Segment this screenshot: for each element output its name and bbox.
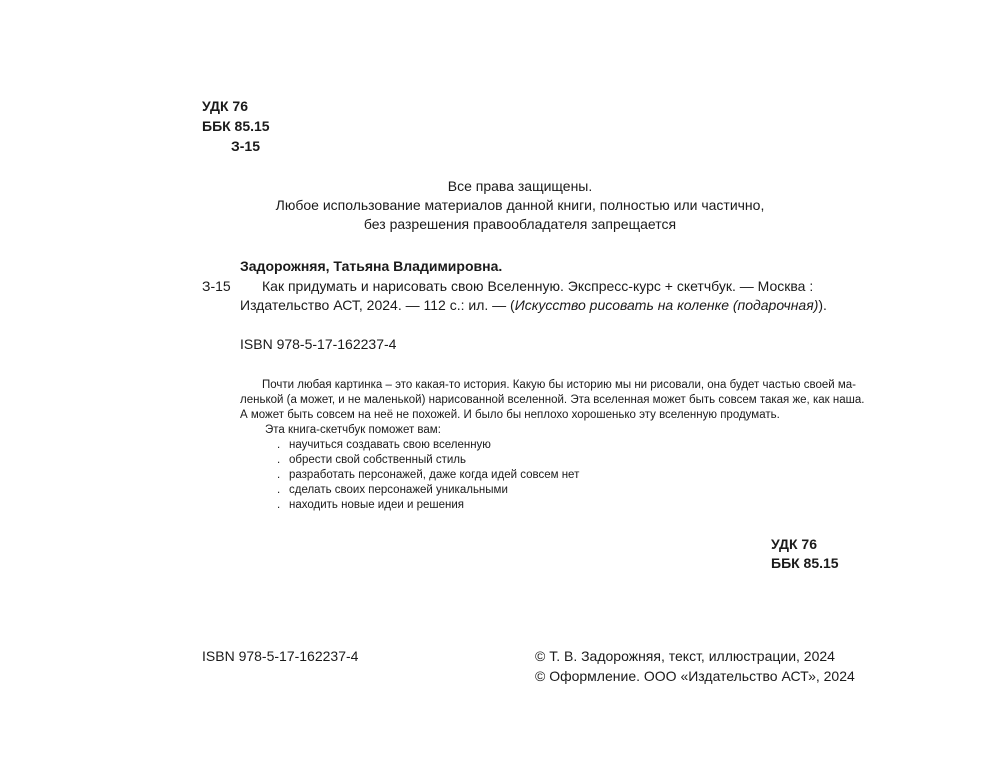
copyright-author: © Т. В. Задорожняя, текст, иллюстрации, … <box>535 647 835 666</box>
list-item: научиться создавать свою вселенную <box>289 438 491 453</box>
rights-line-3: без разрешения правообладателя запрещает… <box>200 215 840 234</box>
annotation-line-2: ленькой (а может, и не маленькой) нарисо… <box>240 393 864 408</box>
catalog-author: Задорожняя, Татьяна Владимировна. <box>240 257 502 276</box>
catalog-publisher-prefix: Издательство АСТ, 2024. — 112 с.: ил. — … <box>240 297 515 313</box>
udk-code-right: УДК 76 <box>771 535 817 554</box>
rights-line-1: Все права защищены. <box>200 177 840 196</box>
catalog-title-line: Как придумать и нарисовать свою Вселенну… <box>262 277 813 296</box>
list-item: сделать своих персонажей уникальными <box>289 483 508 498</box>
catalog-mark: З-15 <box>202 277 231 296</box>
annotation-line-3: А может быть совсем на неё не похожей. И… <box>240 408 780 423</box>
bullet-icon: . <box>277 438 280 453</box>
catalog-publisher-line: Издательство АСТ, 2024. — 112 с.: ил. — … <box>240 296 827 315</box>
annotation-line-1: Почти любая картинка – это какая-то исто… <box>262 378 856 393</box>
catalog-series: Искусство рисовать на коленке (подарочна… <box>515 297 819 313</box>
bullet-icon: . <box>277 483 280 498</box>
author-mark: З-15 <box>231 137 260 156</box>
list-item: обрести свой собственный стиль <box>289 453 466 468</box>
bullet-icon: . <box>277 498 280 513</box>
udk-code: УДК 76 <box>202 97 248 116</box>
rights-line-2: Любое использование материалов данной кн… <box>200 196 840 215</box>
list-item: находить новые идеи и решения <box>289 498 464 513</box>
footer-isbn: ISBN 978-5-17-162237-4 <box>202 647 358 666</box>
bbk-code-right: ББК 85.15 <box>771 554 839 573</box>
list-item: разработать персонажей, даже когда идей … <box>289 468 579 483</box>
catalog-publisher-suffix: ). <box>818 297 827 313</box>
annotation-intro: Эта книга-скетчбук поможет вам: <box>265 423 441 438</box>
catalog-isbn: ISBN 978-5-17-162237-4 <box>240 335 396 354</box>
bullet-icon: . <box>277 453 280 468</box>
bbk-code: ББК 85.15 <box>202 117 270 136</box>
copyright-publisher: © Оформление. ООО «Издательство АСТ», 20… <box>535 667 855 686</box>
bullet-icon: . <box>277 468 280 483</box>
